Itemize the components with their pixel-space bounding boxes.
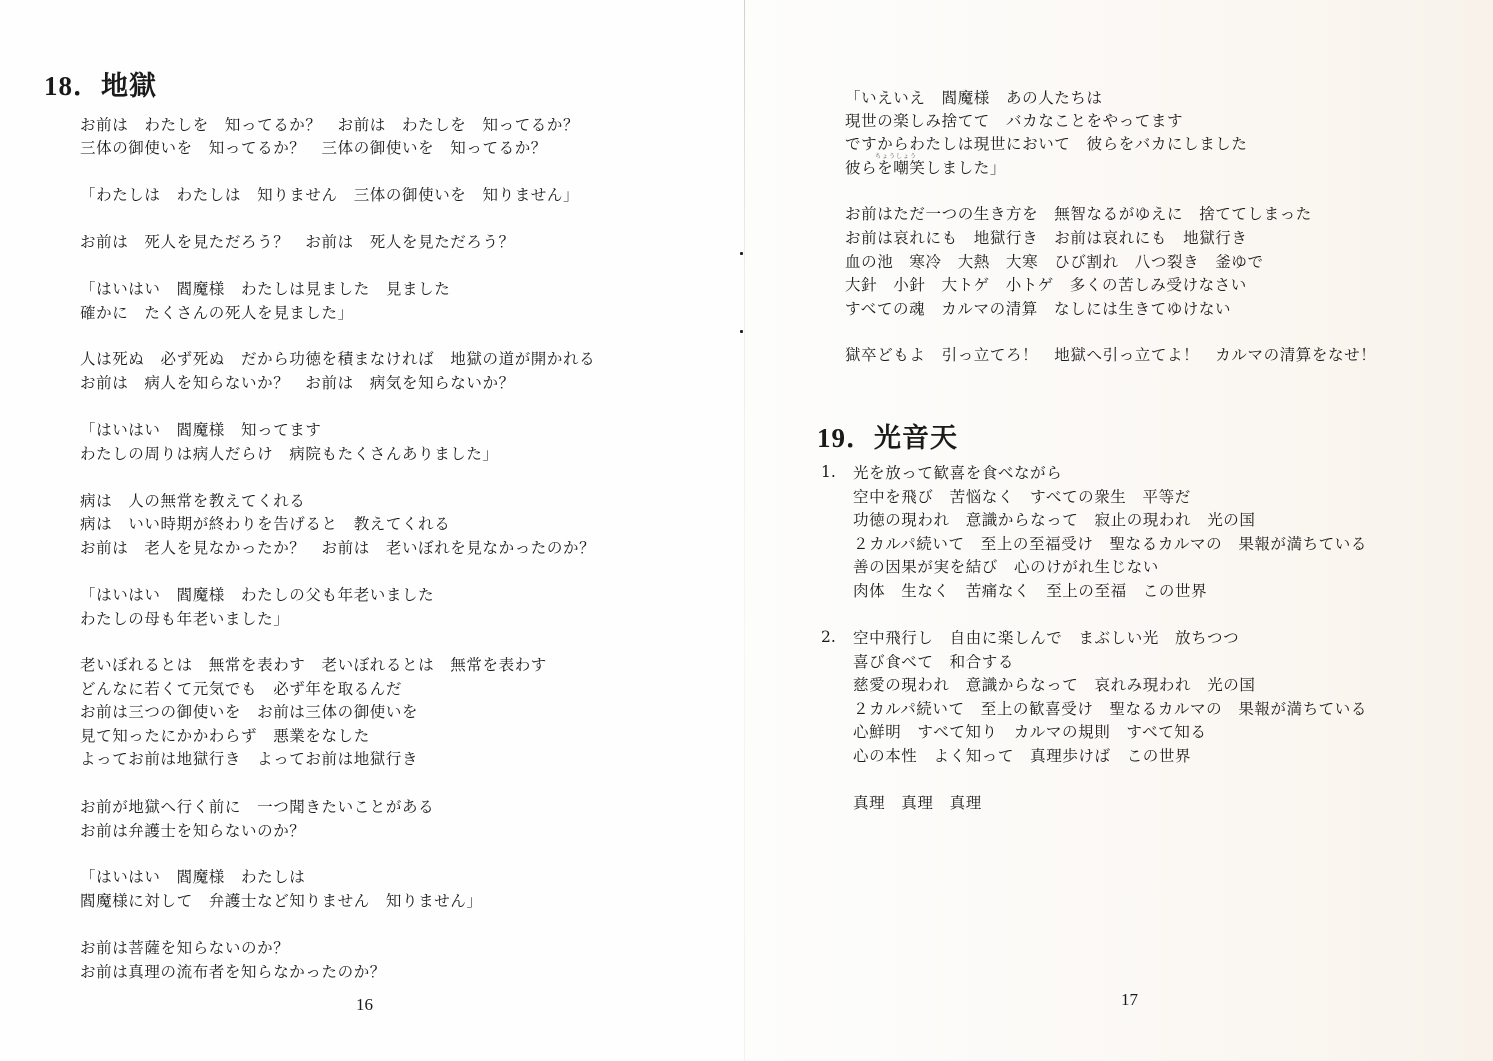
left-page: 18．地獄 お前は わたしを 知ってるか？ お前は わたしを 知ってるか？ 三体…	[0, 0, 745, 1061]
lyric-line: 現世の楽しみ捨てて バカなことをやってます	[845, 110, 1183, 134]
lyric-line: 三体の御使いを 知ってるか？ 三体の御使いを 知ってるか？	[80, 137, 547, 161]
lyric-line: 大針 小針 大トゲ 小トゲ 多くの苦しみ受けなさい	[845, 274, 1247, 298]
lyric-line: 喜び食べて 和合する	[853, 651, 1014, 675]
lyric-line: お前は真理の流布者を知らなかったのか？	[80, 961, 386, 985]
lyric-line: 心鮮明 すべて知り カルマの規則 すべて知る	[853, 721, 1207, 745]
lyric-line: 病は 人の無常を教えてくれる	[80, 490, 305, 514]
lyric-line: 善の因果が実を結び 心のけがれ生じない	[853, 556, 1159, 580]
lyric-line: お前は わたしを 知ってるか？ お前は わたしを 知ってるか？	[80, 114, 579, 138]
lyric-line: 人は死ぬ 必ず死ぬ だから功徳を積まなければ 地獄の道が開かれる	[80, 348, 595, 372]
lyric-line: お前が地獄へ行く前に 一つ聞きたいことがある	[80, 796, 434, 820]
lyric-line: 血の池 寒冷 大熱 大寒 ひび割れ 八つ裂き 釜ゆで	[845, 251, 1264, 275]
lyric-line: お前は菩薩を知らないのか？	[80, 937, 289, 961]
lyric-line: 「いえいえ 閻魔様 あの人たちは	[845, 87, 1103, 111]
lyric-line: 功徳の現われ 意識からなって 寂止の現われ 光の国	[853, 509, 1256, 533]
lyric-line: 空中を飛び 苦悩なく すべての衆生 平等だ	[853, 486, 1191, 510]
lyric-line: 老いぼれるとは 無常を表わす 老いぼれるとは 無常を表わす	[80, 654, 547, 678]
right-page: 「いえいえ 閻魔様 あの人たちは 現世の楽しみ捨てて バカなことをやってます で…	[745, 0, 1493, 1061]
lyric-line: 「わたしは わたしは 知りません 三体の御使いを 知りません」	[80, 184, 579, 208]
lyric-line: わたしの母も年老いました」	[80, 608, 289, 632]
page-number: 17	[1121, 990, 1138, 1010]
lyric-line: お前は弁護士を知らないのか？	[80, 820, 305, 844]
lyric-line: ２カルパ続いて 至上の至福受け 聖なるカルマの 果報が満ちている	[853, 533, 1367, 557]
scan-speck	[740, 330, 743, 333]
page-number: 16	[356, 995, 373, 1015]
lyric-line: お前は 死人を見ただろう？ お前は 死人を見ただろう？	[80, 231, 515, 255]
lyric-line: 「はいはい 閻魔様 わたしは	[80, 866, 305, 890]
lyric-line: ２カルパ続いて 至上の歓喜受け 聖なるカルマの 果報が満ちている	[853, 698, 1367, 722]
lyric-line: 閻魔様に対して 弁護士など知りません 知りません」	[80, 890, 483, 914]
lyric-line: 獄卒どもよ 引っ立てろ！ 地獄へ引っ立てよ！ カルマの清算をなせ！	[845, 344, 1376, 368]
lyric-line: すべての魂 カルマの清算 なしには生きてゆけない	[845, 298, 1231, 322]
lyric-line: 「はいはい 閻魔様 知ってます	[80, 419, 322, 443]
lyric-line: お前は 病人を知らないか？ お前は 病気を知らないか？	[80, 372, 515, 396]
lyric-line: 見て知ったにかかわらず 悪業をなした	[80, 725, 370, 749]
lyric-line: 空中飛行し 自由に楽しんで まぶしい光 放ちつつ	[853, 627, 1239, 651]
verse-number: 2.	[821, 628, 836, 646]
book-spread: 18．地獄 お前は わたしを 知ってるか？ お前は わたしを 知ってるか？ 三体…	[0, 0, 1493, 1061]
lyric-line: お前は三つの御使いを お前は三体の御使いを	[80, 701, 418, 725]
lyric-line: 光を放って歓喜を食べながら	[853, 462, 1062, 486]
lyric-line: 確かに たくさんの死人を見ました」	[80, 302, 354, 326]
lyric-line: 「はいはい 閻魔様 わたしの父も年老いました	[80, 584, 434, 608]
section-heading-18: 18．地獄	[44, 64, 157, 103]
lyric-line: 肉体 生なく 苦痛なく 至上の至福 この世界	[853, 580, 1207, 604]
lyric-line: 心の本性 よく知って 真理歩けば この世界	[853, 745, 1191, 769]
lyric-line: 慈愛の現われ 意識からなって 哀れみ現われ 光の国	[853, 674, 1256, 698]
coda-line: 真理 真理 真理	[853, 792, 982, 816]
lyric-line: 病は いい時期が終わりを告げると 教えてくれる	[80, 513, 450, 537]
lyric-line: お前はただ一つの生き方を 無智なるがゆえに 捨ててしまった	[845, 203, 1312, 227]
lyric-line: お前は 老人を見なかったか？ お前は 老いぼれを見なかったのか？	[80, 537, 595, 561]
lyric-line: お前は哀れにも 地獄行き お前は哀れにも 地獄行き	[845, 227, 1248, 251]
scan-speck	[740, 252, 743, 255]
lyric-line: 彼らを嘲笑しました」	[845, 157, 1006, 181]
section-heading-19: 19．光音天	[817, 416, 958, 455]
verse-number: 1.	[821, 463, 836, 481]
lyric-line: わたしの周りは病人だらけ 病院もたくさんありました」	[80, 443, 499, 467]
lyric-line: どんなに若くて元気でも 必ず年を取るんだ	[80, 678, 402, 702]
lyric-line: よってお前は地獄行き よってお前は地獄行き	[80, 748, 418, 772]
lyric-line: 「はいはい 閻魔様 わたしは見ました 見ました	[80, 278, 450, 302]
